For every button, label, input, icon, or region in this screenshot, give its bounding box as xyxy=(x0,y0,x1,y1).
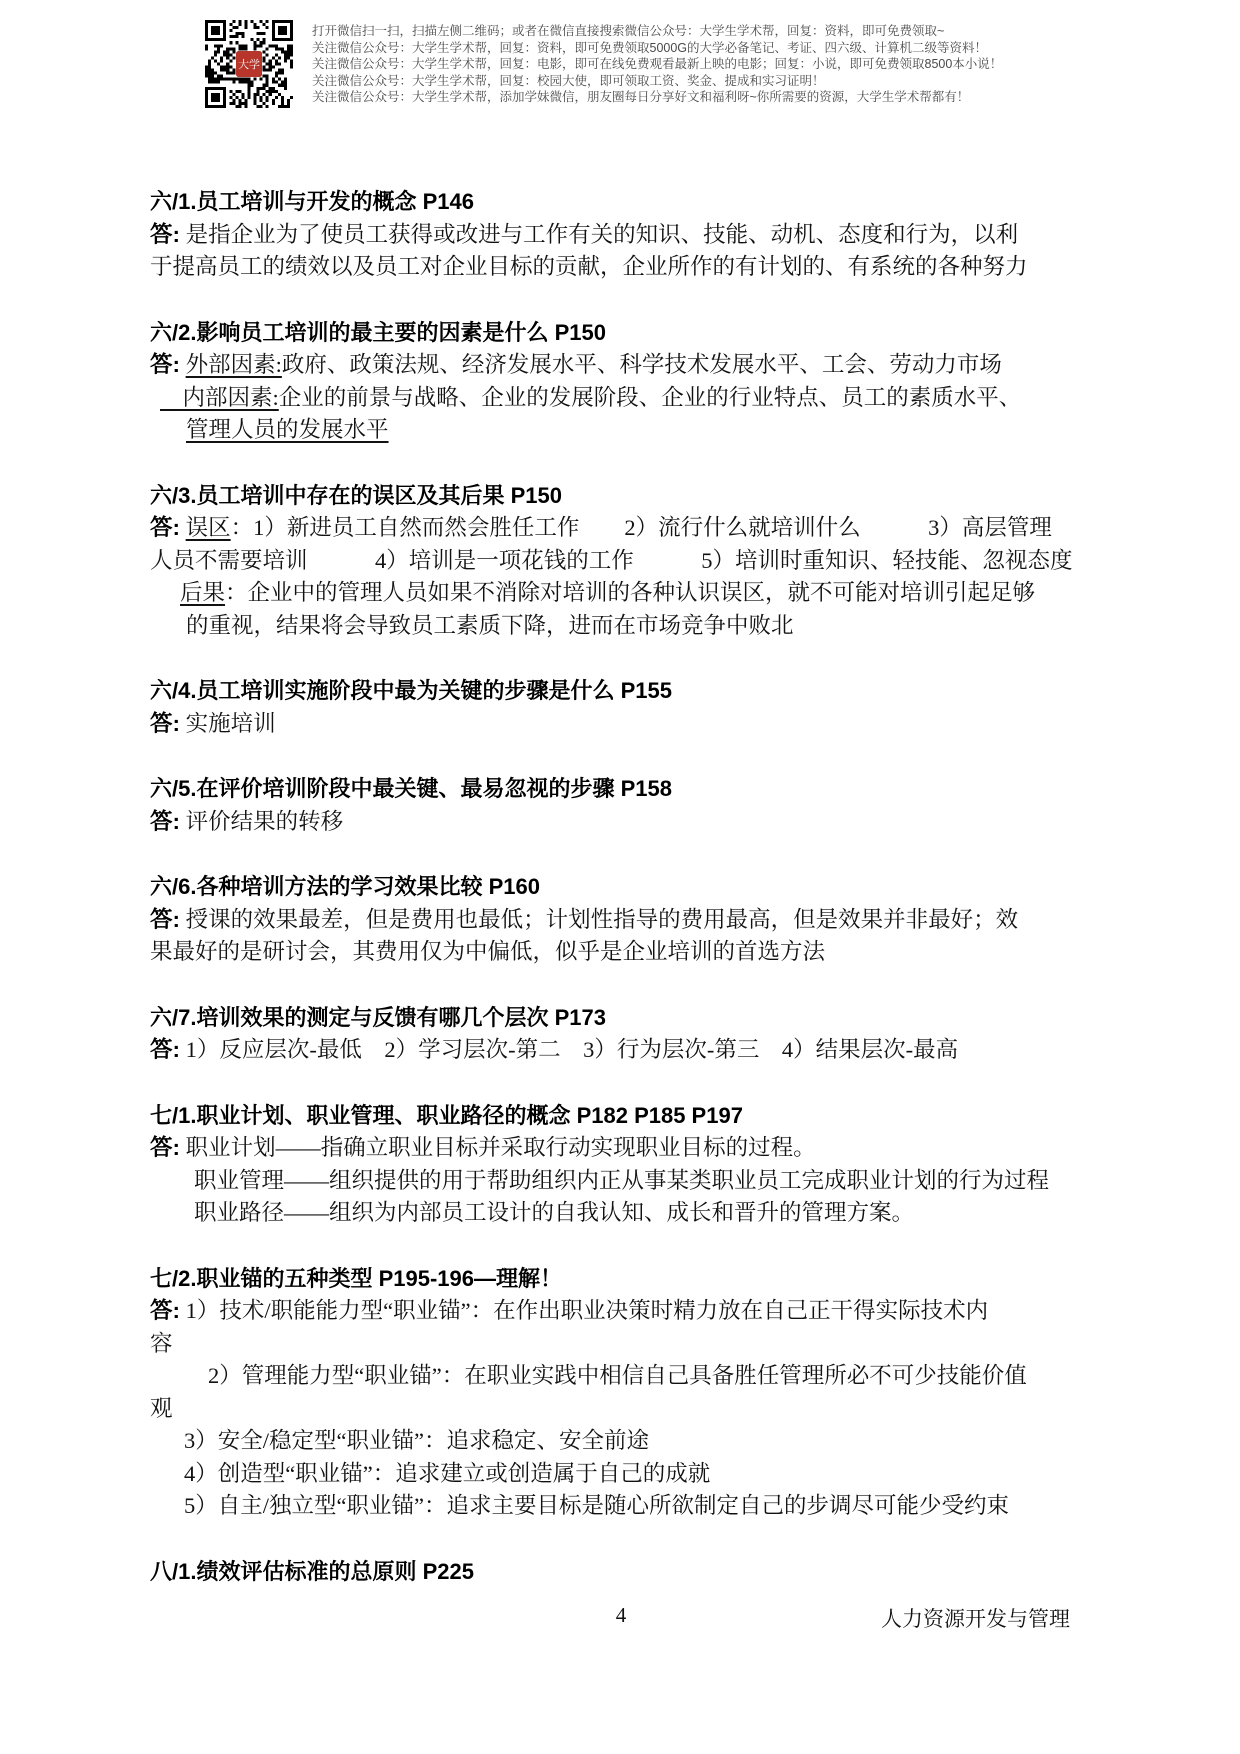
answer-line: 容 xyxy=(150,1328,1095,1361)
answer-line: 答: 是指企业为了使员工获得或改进与工作有关的知识、技能、动机、态度和行为，以利 xyxy=(150,219,1095,252)
qa-section: 七/1.职业计划、职业管理、职业路径的概念 P182 P185 P197答: 职… xyxy=(150,1100,1095,1230)
question-title: 八/1.绩效评估标准的总原则 P225 xyxy=(150,1556,1095,1589)
answer-label: 答: xyxy=(150,352,180,377)
qa-section: 六/6.各种培训方法的学习效果比较 P160答: 授课的效果最差，但是费用也最低… xyxy=(150,871,1095,969)
answer-line: 后果：企业中的管理人员如果不消除对培训的各种认识误区，就不可能对培训引起足够 xyxy=(150,577,1095,610)
answer-label: 答: xyxy=(150,1298,180,1323)
qr-code: 大学 xyxy=(205,20,293,108)
answer-text: ：企业中的管理人员如果不消除对培训的各种认识误区，就不可能对培训引起足够 xyxy=(225,580,1035,605)
header-text: 打开微信扫一扫，扫描左侧二维码；或者在微信直接搜索微信公众号：大学生学术帮，回复… xyxy=(312,23,1072,106)
answer-text: 职业计划——指确立职业目标并采取行动实现职业目标的过程。 xyxy=(180,1135,816,1160)
answer-text: 容 xyxy=(150,1331,173,1356)
answer-line: 职业管理——组织提供的用于帮助组织内正从事某类职业员工完成职业计划的行为过程 xyxy=(150,1165,1095,1198)
question-title: 六/6.各种培训方法的学习效果比较 P160 xyxy=(150,871,1095,904)
answer-text: 1）技术/职能能力型“职业锚”：在作出职业决策时精力放在自己正干得实际技术内 xyxy=(180,1298,988,1323)
underlined-text: 外部因素: xyxy=(186,352,282,377)
answer-text: 观 xyxy=(150,1396,173,1421)
question-title: 六/7.培训效果的测定与反馈有哪几个层次 P173 xyxy=(150,1002,1095,1035)
answer-text: 人员不需要培训 4）培训是一项花钱的工作 5）培训时重知识、轻技能、忽视态度 xyxy=(150,548,1073,573)
qa-section: 八/1.绩效评估标准的总原则 P225 xyxy=(150,1556,1095,1589)
answer-line: 内部因素:企业的前景与战略、企业的发展阶段、企业的行业特点、员工的素质水平、 xyxy=(150,382,1095,415)
answer-line: 人员不需要培训 4）培训是一项花钱的工作 5）培训时重知识、轻技能、忽视态度 xyxy=(150,545,1095,578)
answer-line: 职业路径——组织为内部员工设计的自我认知、成长和晋升的管理方案。 xyxy=(150,1197,1095,1230)
answer-text: 2）管理能力型“职业锚”：在职业实践中相信自己具备胜任管理所必不可少技能价值 xyxy=(208,1363,1027,1388)
answer-text: 于提高员工的绩效以及员工对企业目标的贡献，企业所作的有计划的、有系统的各种努力 xyxy=(150,254,1028,279)
qa-section: 六/4.员工培训实施阶段中最为关键的步骤是什么 P155答: 实施培训 xyxy=(150,675,1095,740)
answer-line: 2）管理能力型“职业锚”：在职业实践中相信自己具备胜任管理所必不可少技能价值 xyxy=(150,1360,1095,1393)
answer-line: 于提高员工的绩效以及员工对企业目标的贡献，企业所作的有计划的、有系统的各种努力 xyxy=(150,251,1095,284)
document-title: 人力资源开发与管理 xyxy=(881,1603,1070,1633)
qr-logo-text: 大学 xyxy=(238,57,260,71)
answer-line: 果最好的是研讨会，其费用仅为中偏低，似乎是企业培训的首选方法 xyxy=(150,936,1095,969)
answer-text: 是指企业为了使员工获得或改进与工作有关的知识、技能、动机、态度和行为，以利 xyxy=(180,222,1018,247)
answer-text: 职业管理——组织提供的用于帮助组织内正从事某类职业员工完成职业计划的行为过程 xyxy=(194,1168,1049,1193)
answer-label: 答: xyxy=(150,1135,180,1160)
answer-text: 企业的前景与战略、企业的发展阶段、企业的行业特点、员工的素质水平、 xyxy=(279,385,1022,410)
qa-section: 六/2.影响员工培训的最主要的因素是什么 P150答: 外部因素:政府、政策法规… xyxy=(150,317,1095,447)
question-title: 六/3.员工培训中存在的误区及其后果 P150 xyxy=(150,480,1095,513)
answer-line: 答: 1）反应层次-最低 2）学习层次-第二 3）行为层次-第三 4）结果层次-… xyxy=(150,1034,1095,1067)
answer-text: 的重视，结果将会导致员工素质下降，进而在市场竞争中败北 xyxy=(186,613,794,638)
qa-section: 六/5.在评价培训阶段中最关键、最易忽视的步骤 P158答: 评价结果的转移 xyxy=(150,773,1095,838)
answer-line: 管理人员的发展水平 xyxy=(150,414,1095,447)
question-title: 六/4.员工培训实施阶段中最为关键的步骤是什么 P155 xyxy=(150,675,1095,708)
answer-text: 果最好的是研讨会，其费用仅为中偏低，似乎是企业培训的首选方法 xyxy=(150,939,825,964)
header-line: 关注微信公众号：大学生学术帮，回复：校园大使，即可领取工资、奖金、提成和实习证明… xyxy=(312,73,1072,90)
question-title: 七/2.职业锚的五种类型 P195-196—理解！ xyxy=(150,1263,1095,1296)
answer-text: ：1）新进员工自然而然会胜任工作 2）流行什么就培训什么 3）高层管理 xyxy=(231,515,1052,540)
answer-line: 4）创造型“职业锚”：追求建立或创造属于自己的成就 xyxy=(150,1458,1095,1491)
question-title: 六/2.影响员工培训的最主要的因素是什么 P150 xyxy=(150,317,1095,350)
header-line: 关注微信公众号：大学生学术帮，添加学妹微信，朋友圈每日分享好文和福利呀~你所需要… xyxy=(312,89,1072,106)
underlined-text: 内部因素: xyxy=(183,385,279,410)
answer-label: 答: xyxy=(150,515,180,540)
qr-code-image: 大学 xyxy=(205,20,293,108)
underlined-text xyxy=(160,385,183,410)
underlined-text: 后果 xyxy=(180,580,225,605)
question-title: 七/1.职业计划、职业管理、职业路径的概念 P182 P185 P197 xyxy=(150,1100,1095,1133)
answer-text: 3）安全/稳定型“职业锚”：追求稳定、安全前途 xyxy=(184,1428,649,1453)
answer-line: 答: 误区：1）新进员工自然而然会胜任工作 2）流行什么就培训什么 3）高层管理 xyxy=(150,512,1095,545)
underlined-text: 误区 xyxy=(186,515,231,540)
answer-line: 5）自主/独立型“职业锚”：追求主要目标是随心所欲制定自己的步调尽可能少受约束 xyxy=(150,1490,1095,1523)
qa-section: 六/1.员工培训与开发的概念 P146答: 是指企业为了使员工获得或改进与工作有… xyxy=(150,186,1095,284)
answer-line: 的重视，结果将会导致员工素质下降，进而在市场竞争中败北 xyxy=(150,610,1095,643)
qa-section: 六/3.员工培训中存在的误区及其后果 P150答: 误区：1）新进员工自然而然会… xyxy=(150,480,1095,643)
answer-label: 答: xyxy=(150,222,180,247)
content: 六/1.员工培训与开发的概念 P146答: 是指企业为了使员工获得或改进与工作有… xyxy=(150,186,1095,1621)
answer-text: 5）自主/独立型“职业锚”：追求主要目标是随心所欲制定自己的步调尽可能少受约束 xyxy=(184,1493,1009,1518)
answer-line: 答: 职业计划——指确立职业目标并采取行动实现职业目标的过程。 xyxy=(150,1132,1095,1165)
answer-label: 答: xyxy=(150,907,180,932)
header-line: 打开微信扫一扫，扫描左侧二维码；或者在微信直接搜索微信公众号：大学生学术帮，回复… xyxy=(312,23,1072,40)
answer-line: 3）安全/稳定型“职业锚”：追求稳定、安全前途 xyxy=(150,1425,1095,1458)
answer-text: 政府、政策法规、经济发展水平、科学技术发展水平、工会、劳动力市场 xyxy=(282,352,1002,377)
answer-text: 评价结果的转移 xyxy=(180,809,343,834)
answer-line: 答: 评价结果的转移 xyxy=(150,806,1095,839)
answer-label: 答: xyxy=(150,1037,180,1062)
answer-text: 职业路径——组织为内部员工设计的自我认知、成长和晋升的管理方案。 xyxy=(194,1200,914,1225)
answer-line: 答: 1）技术/职能能力型“职业锚”：在作出职业决策时精力放在自己正干得实际技术… xyxy=(150,1295,1095,1328)
answer-line: 答: 外部因素:政府、政策法规、经济发展水平、科学技术发展水平、工会、劳动力市场 xyxy=(150,349,1095,382)
answer-text: 授课的效果最差，但是费用也最低；计划性指导的费用最高，但是效果并非最好；效 xyxy=(180,907,1018,932)
answer-text: 1）反应层次-最低 2）学习层次-第二 3）行为层次-第三 4）结果层次-最高 xyxy=(180,1037,958,1062)
underlined-text: 管理人员的发展水平 xyxy=(186,417,389,442)
answer-text: 实施培训 xyxy=(180,711,276,736)
question-title: 六/1.员工培训与开发的概念 P146 xyxy=(150,186,1095,219)
document-page: 大学 打开微信扫一扫，扫描左侧二维码；或者在微信直接搜索微信公众号：大学生学术帮… xyxy=(0,0,1240,1754)
answer-text: 4）创造型“职业锚”：追求建立或创造属于自己的成就 xyxy=(184,1461,710,1486)
question-title: 六/5.在评价培训阶段中最关键、最易忽视的步骤 P158 xyxy=(150,773,1095,806)
header-line: 关注微信公众号：大学生学术帮，回复：电影，即可在线免费观看最新上映的电影；回复：… xyxy=(312,56,1072,73)
answer-line: 答: 授课的效果最差，但是费用也最低；计划性指导的费用最高，但是效果并非最好；效 xyxy=(150,904,1095,937)
footer: 4 人力资源开发与管理 xyxy=(150,1603,1092,1635)
answer-line: 观 xyxy=(150,1393,1095,1426)
header-line: 关注微信公众号：大学生学术帮，回复：资料，即可免费领取5000G的大学必备笔记、… xyxy=(312,40,1072,57)
answer-line: 答: 实施培训 xyxy=(150,708,1095,741)
answer-label: 答: xyxy=(150,711,180,736)
qa-section: 七/2.职业锚的五种类型 P195-196—理解！答: 1）技术/职能能力型“职… xyxy=(150,1263,1095,1523)
answer-label: 答: xyxy=(150,809,180,834)
qa-section: 六/7.培训效果的测定与反馈有哪几个层次 P173答: 1）反应层次-最低 2）… xyxy=(150,1002,1095,1067)
